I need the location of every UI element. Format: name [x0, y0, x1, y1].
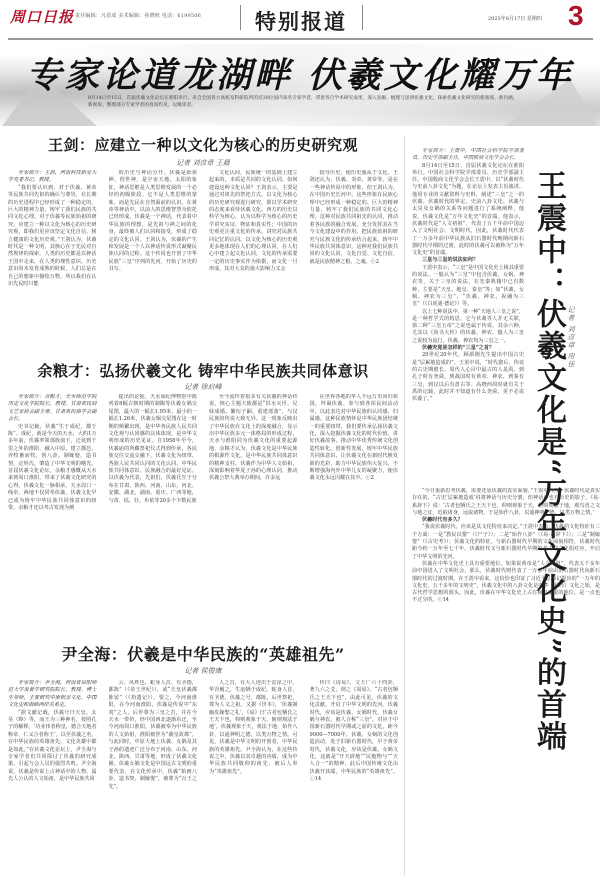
- article-byline: 记者 刘彦章 王晨: [8, 158, 398, 168]
- header-rule: [8, 38, 593, 40]
- expert-intro: 专家简介：余粮才，天水师范学院历史文化学院院长、教授，甘肃省民间文艺家协会副主席…: [8, 394, 97, 424]
- publication-date: 2023年8月17日 星期四: [488, 15, 542, 22]
- page-number: 3: [568, 0, 584, 32]
- article-column: 人之首，有大人迹出于雷泽之中，华胥履之，生庖牺于成纪。蛇身人首，有圣德，伏羲之号…: [209, 680, 298, 880]
- article-wang-zhenzhong[interactable]: 专家简介：王震中，中国社会科学院学部委员、历史学部副主任，中国殷商文化学会会长。…: [408, 126, 600, 883]
- article-byline: 记者 徐启峰: [8, 382, 398, 392]
- article-column: 至今流传着很多有关伏羲的神话传说，核心主题大致都是“洪水灭世、兄妹成婚、繁衍子嗣…: [209, 394, 298, 624]
- article-title[interactable]: 王剑：应建立一种以文化为核心的历史研究观: [8, 134, 398, 155]
- subheading: 三皇与三皇的说法如何？: [412, 257, 524, 264]
- article-column: 提出的论据，天水成纪博物馆中陈列着8幅古朝时期的制陶等伏羲女娲交尾图，最大的一幅…: [109, 394, 198, 624]
- column-divider: [404, 136, 405, 876]
- headline-banner: 专家论道龙湖畔 伏羲文化耀万年 8月14日至15日，首届伏羲文化论坛在淮阳举行。…: [0, 44, 600, 126]
- article-title[interactable]: 余粮才：弘扬伏羲文化 铸牢中华民族共同体意识: [8, 360, 398, 381]
- lead-paragraph: 8月14日至15日，首届伏羲文化论坛在淮阳举行。来自全国各大高校及科研院所的近3…: [88, 95, 518, 109]
- expert-intro: 专家简介：王震中，中国社会科学院学部委员、历史学部副主任，中国殷商文化学会会长。: [412, 148, 524, 163]
- main-headline: 专家论道龙湖畔 伏羲文化耀万年: [0, 48, 600, 98]
- article-body-upper: 专家简介：王震中，中国社会科学院学部委员、历史学部副主任，中国殷商文化学会会长。…: [412, 148, 524, 483]
- article-column: 专家简介：余粮才，天水师范学院历史文化学院院长、教授，甘肃省民间文艺家协会副主席…: [8, 394, 97, 624]
- article-yin-quanhai[interactable]: 尹全海：伏羲是中华民族的“英雄祖先” 记者 侯俊康 专家简介：尹全海，河南省信阳…: [8, 636, 398, 883]
- newspaper-logo: 周口日报: [10, 6, 74, 27]
- article-column: 云、风姓也、蛇身人首、有圣德，都陈”（《帝王世纪》），或“天皇伏羲都陈留”（《拾…: [109, 680, 198, 880]
- section-title: 特别报道: [255, 6, 347, 36]
- header-divider: [362, 5, 363, 30]
- editor-credits: 责任编辑：凡留成 美术编辑：孙晓秋 电话：6199506: [75, 12, 201, 19]
- article-byline: 记者 刘彦章 房佳: [566, 306, 576, 368]
- article-column: 文化认同，民族统一的基础上建立起来的，本质是共同的文化认同。如何建设这种文化认同…: [209, 170, 298, 348]
- article-column: 传曰《周易》，文王广六十四卦，著九六之爻，谓之《周易》。“古者包牺氏之王天下也”…: [310, 680, 399, 880]
- header-divider: [240, 5, 241, 30]
- article-column: 在世界各地的华人不远万里回归祖国，拜谒伏羲。参与到各项民间活动中，以此表达对中华…: [310, 394, 399, 624]
- article-column: 指导历史，使历史服从于文化。王剑还认为，伏羲、炎帝、黄帝等，是在一些神话传说中的…: [310, 170, 399, 348]
- article-wang-jian[interactable]: 王剑：应建立一种以文化为核心的历史研究观 记者 刘彦章 王晨 专家简介：王剑，河…: [8, 128, 398, 348]
- expert-intro: 专家简介：王剑，河南科技职业大学党委书记、教授。: [8, 170, 97, 185]
- expert-intro: 专家简介：尹全海，河南省信阳师范大学炎黄学研究院院长、教授、博士生导师，主要研究…: [8, 680, 97, 710]
- article-body-lower: “今日重新思考伏羲，需要还原伏羲的真实面貌。”王震中认为，伏羲时代是真实存在的。…: [412, 488, 600, 878]
- article-column: 专家简介：王剑，河南科技职业大学党委书记、教授。 “我们要认识到，对于伏羲、黄帝…: [8, 170, 97, 348]
- article-column: 专家简介：尹全海，河南省信阳师范大学炎黄学研究院院长、教授、博士生导师，主要研究…: [8, 680, 97, 880]
- article-title[interactable]: 尹全海：伏羲是中华民族的“英雄祖先”: [8, 642, 398, 665]
- article-yu-liangcai[interactable]: 余粮才：弘扬伏羲文化 铸牢中华民族共同体意识 记者 徐启峰 专家简介：余粮才，天…: [8, 356, 398, 626]
- article-byline: 记者 侯俊康: [8, 666, 398, 676]
- masthead: 周口日报 责任编辑：凡留成 美术编辑：孙晓秋 电话：6199506 特别报道 2…: [0, 0, 600, 40]
- article-column: 的历史与神话分开。伏羲是始祖神、创世神，是宇宙天地、太阳的象征，神话思维是人类思…: [109, 170, 198, 348]
